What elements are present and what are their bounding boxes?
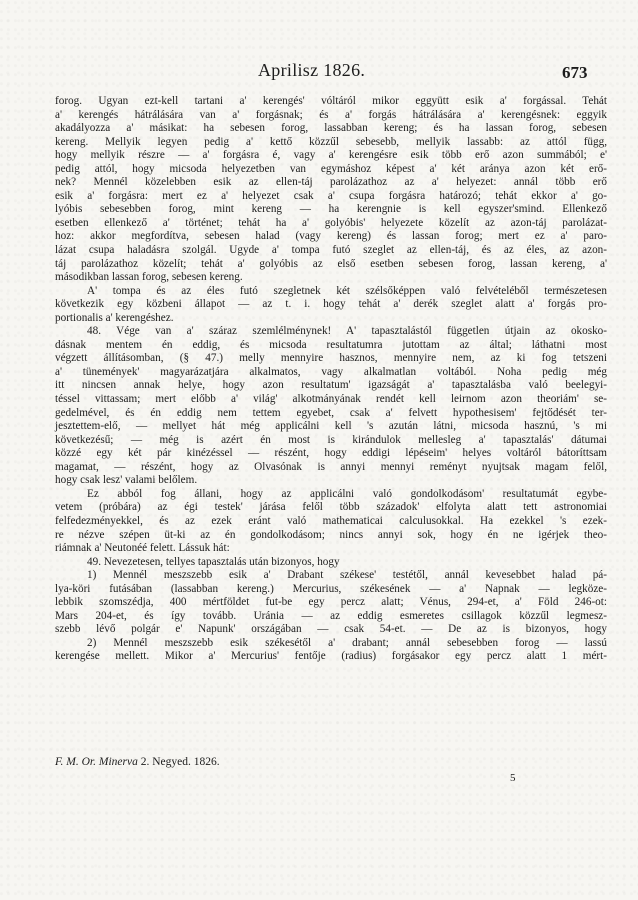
text-line: 48. Vége van a' száraz szemlélménynek! A… [55,325,607,339]
text-line: nek? Mennél közelebben esik az ellen-táj… [55,176,607,190]
text-line: lázat csupa haladásra szolgál. Ugyde a' … [55,244,607,258]
text-line: esetben ellenkező a' történet; tehát ha … [55,217,607,231]
signature-journal: F. M. Or. Minerva [55,756,138,768]
text-line: portionalis a' kerengéshez. [55,312,607,326]
text-line: forog. Ugyan ezt-kell tartani a' kerengé… [55,95,607,109]
text-line: Mars 204-et, és így tovább. Uránia — az … [55,610,607,624]
text-line: hogy mellyik részre — a' forgásra é, vag… [55,149,607,163]
text-line: 1) Mennél meszszebb esik a' Drabant szék… [55,569,607,583]
text-line: pedig attól, hogy micsoda helyezetben va… [55,163,607,177]
page-header: Aprilisz 1826. 673 [0,60,638,84]
text-line: akadályozza a' másikat: ha sebesen forog… [55,122,607,136]
text-line: vetem (próbára) az égi testek' járása fe… [55,501,607,515]
text-line: hoz: akkor megfordítva, sebesen halad (v… [55,230,607,244]
text-line: táj parolázathoz közelít; tehát a' golyó… [55,258,607,272]
text-line: lyóbis sebesebben forog, mint kereng — h… [55,203,607,217]
text-line: A' tompa és az éles futó szegletnek két … [55,285,607,299]
text-line: re nézve szépen üt-ki az én gondolkodáso… [55,529,607,543]
text-line: 2) Mennél meszszebb esik székesétől a' d… [55,637,607,651]
text-line: következésű; — még is azért én most is k… [55,434,607,448]
text-line: a' tünemények' magyarázatjára alkalmatos… [55,366,607,380]
text-line: következik egy közbeni állapot — az t. i… [55,298,607,312]
text-line: másodikban lassan forog, sebesen kereng. [55,271,607,285]
text-line: itt nincsen annak helye, hogy azon resul… [55,379,607,393]
text-line: lya-köri futásában (lassabban kereng.) M… [55,583,607,597]
text-line: kereng. Mellyik legyen pedig a' kettő kö… [55,136,607,150]
text-line: esik a' forgásra: mert ez a' helyezet cs… [55,190,607,204]
text-line: gedelmével, és én eddig nem tettem egyeb… [55,407,607,421]
signature-issue: 2. Negyed. 1826. [141,756,220,768]
text-line: hogy csak lesz' valami belőlem. [55,474,607,488]
text-line: Ez abból fog állani, hogy az applicálni … [55,488,607,502]
running-title: Aprilisz 1826. [258,60,365,81]
document-page: Aprilisz 1826. 673 forog. Ugyan ezt-kell… [0,0,638,900]
text-line: közzé egy két pár kinézéssel — részént, … [55,447,607,461]
text-line: végzett állításomban, (§ 47.) melly menn… [55,352,607,366]
text-line: szebb lévő polgár e' Napunk' országában … [55,623,607,637]
text-line: riámnak a' Neutonéé felett. Lássuk hát: [55,542,607,556]
sheet-mark: 5 [510,772,516,784]
text-line: kerengése mellett. Mikor a' Mercurius' f… [55,650,607,664]
text-line: magamat, — részént, hogy az Olvasónak is… [55,461,607,475]
text-line: lebbik szomszédja, 400 mértföldet fut-be… [55,596,607,610]
text-line: jesztettem-elő, — mellyet hát még applic… [55,420,607,434]
text-line: dásnak mentem én eddig, és micsoda resul… [55,339,607,353]
footer-signature: F. M. Or. Minerva 2. Negyed. 1826. [55,756,220,768]
body-text: forog. Ugyan ezt-kell tartani a' kerengé… [55,95,607,664]
text-line: a' kerengés hátrálására van a' forgásnak… [55,109,607,123]
text-line: 49. Nevezetesen, tellyes tapasztalás utá… [55,556,607,570]
page-number: 673 [562,63,588,83]
text-line: felfedezményekkel, és az ezek eránt való… [55,515,607,529]
text-line: téssel vittassam; mert előbb a' világ' a… [55,393,607,407]
